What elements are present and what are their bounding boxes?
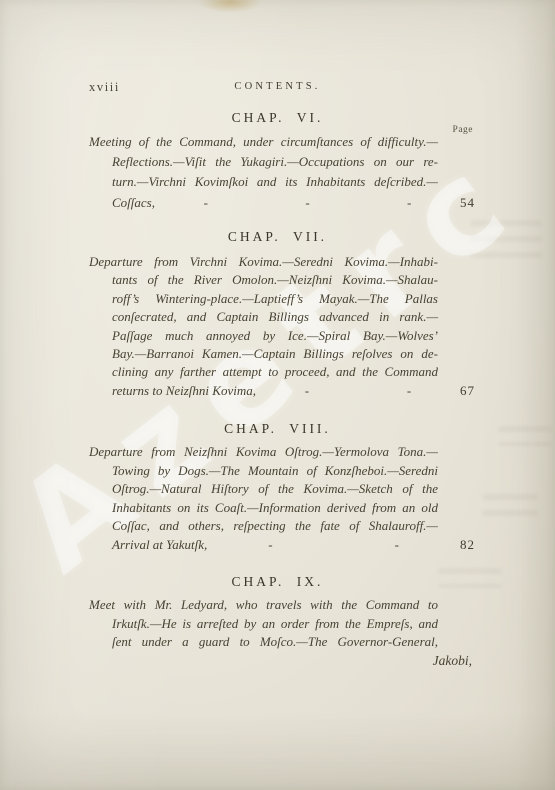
toc-line: turn.—Virchni Kovimſkoi and its Inhabita… — [89, 172, 438, 192]
leader-dash: - — [334, 536, 460, 555]
chapter-lines: Meet with Mr. Ledyard, who travels with … — [89, 596, 475, 652]
chapter-heading: CHAP. VIII. — [0, 421, 555, 437]
scanned-book-page: Azetrc xviii CONTENTS. Page CHAP. VI. Me… — [0, 0, 555, 790]
bleed-through-smudge — [482, 494, 538, 520]
toc-line: Irkutſk.—He is arreſted by an order from… — [89, 615, 438, 634]
toc-entry-text: returns to Neizſhni Kovima, — [112, 382, 256, 400]
toc-line: Meeting of the Command, under circumſtan… — [89, 132, 438, 152]
toc-line: Paſſage much annoyed by Ice.—Spiral Bay.… — [89, 327, 438, 345]
toc-entry-end-line: Coſſacs,---54 — [89, 193, 475, 213]
toc-entry-text: Coſſacs, — [112, 193, 155, 213]
toc-line: Inhabitants on its Coaſt.—Information de… — [89, 499, 438, 518]
leader-dash: - — [358, 193, 460, 213]
toc-entry-text: Arrival at Yakutſk, — [112, 536, 207, 555]
toc-line: roff’s Wintering-place.—Laptieff’s Mayak… — [89, 290, 438, 308]
toc-entry-end-line: returns to Neizſhni Kovima,--67 — [89, 382, 475, 400]
page-number: 82 — [460, 536, 475, 555]
toc-line: Departure from Virchni Kovima.—Seredni K… — [89, 253, 438, 271]
page-number: 67 — [460, 382, 475, 400]
toc-line: Reflections.—Viſit the Yukagiri.—Occupat… — [89, 152, 438, 172]
toc-line: Towing by Dogs.—The Mountain of Konzſheb… — [89, 462, 438, 481]
chapter-heading: CHAP. IX. — [0, 574, 555, 590]
leader-dash: - — [155, 193, 257, 213]
chapter-lines: Departure from Virchni Kovima.—Seredni K… — [89, 253, 475, 400]
toc-line: tants of the River Omolon.—Neizſhni Kovi… — [89, 271, 438, 289]
toc-line: Meet with Mr. Ledyard, who travels with … — [89, 596, 438, 615]
paper-stain — [198, 0, 262, 13]
toc-line: Coſſac, and others, reſpecting the fate … — [89, 517, 438, 536]
leader-dash: - — [256, 382, 358, 400]
chapter-heading: CHAP. VI. — [0, 110, 555, 126]
chapter-heading: CHAP. VII. — [0, 229, 555, 245]
toc-line: Departure from Neizſhni Kovima Oſtrog.—Y… — [89, 443, 438, 462]
chapter-lines: Departure from Neizſhni Kovima Oſtrog.—Y… — [89, 443, 475, 554]
running-head: CONTENTS. — [0, 81, 555, 92]
catchword: Jakobi, — [433, 653, 472, 669]
toc-line: Bay.—Barranoi Kamen.—Captain Billings re… — [89, 345, 438, 363]
leader-dash: - — [358, 382, 460, 400]
page-number: 54 — [460, 193, 475, 213]
toc-line: conſecrated, and Captain Billings advanc… — [89, 308, 438, 326]
toc-line: clining any farther attempt to proceed, … — [89, 363, 438, 381]
toc-line: ſent under a guard to Moſco.—The Governo… — [89, 633, 438, 652]
leader-dash: - — [257, 193, 359, 213]
chapter-lines: Meeting of the Command, under circumſtan… — [89, 132, 475, 213]
leader-dash: - — [207, 536, 333, 555]
toc-entry-end-line: Arrival at Yakutſk,--82 — [89, 536, 475, 555]
toc-line: Oſtrog.—Natural Hiſtory of the Kovima.—S… — [89, 480, 438, 499]
